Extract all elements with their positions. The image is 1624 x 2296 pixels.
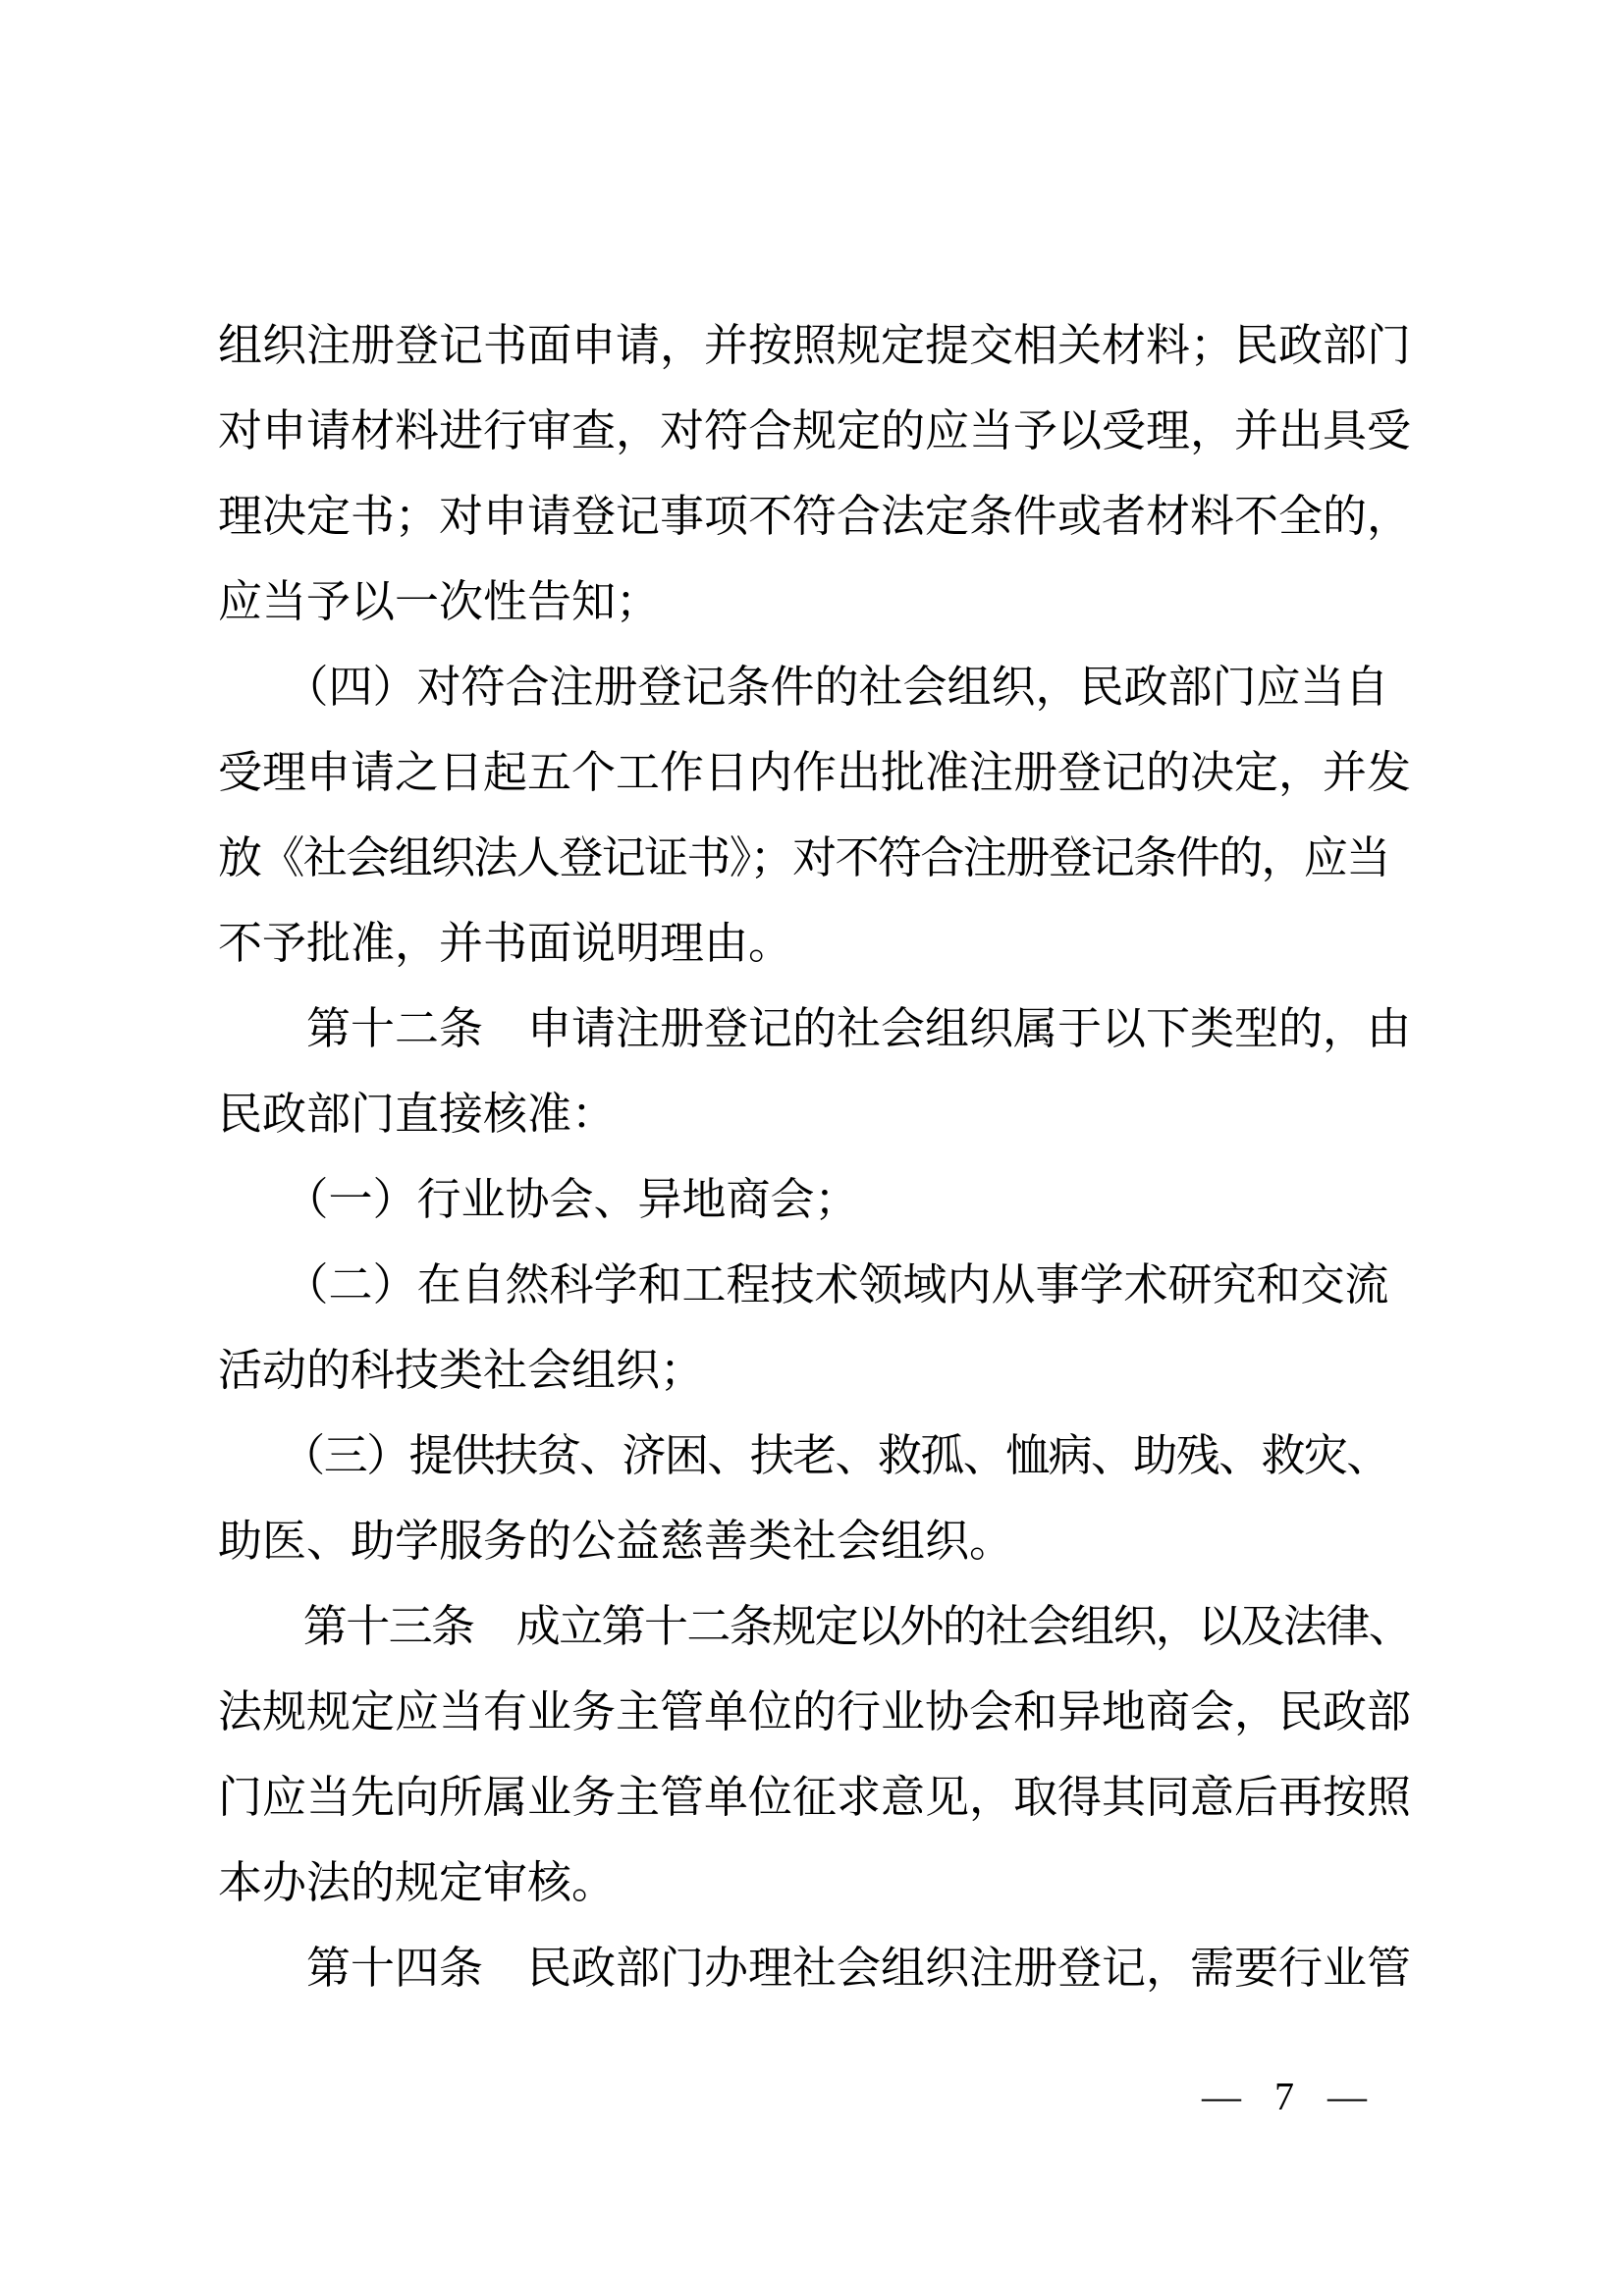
page-number: — 7 — [1202,2073,1379,2120]
text-line: 理决定书；对申请登记事项不符合法定条件或者材料不全的， [218,474,1475,560]
text-line: 助医、助学服务的公益慈善类社会组织。 [218,1499,1475,1584]
text-line: 本办法的规定审核。 [218,1841,1475,1926]
document-page: 组织注册登记书面申请，并按照规定提交相关材料；民政部门 对申请材料进行审查，对符… [0,0,1624,2296]
item-3-start-line: （三）提供扶贫、济困、扶老、救孤、恤病、助残、救灾、 [218,1414,1475,1499]
text-line: 门应当先向所属业务主管单位征求意见，取得其同意后再按照 [218,1755,1475,1841]
clause-4-start-line: （四）对符合注册登记条件的社会组织，民政部门应当自 [218,645,1475,730]
text-line: 民政部门直接核准： [218,1072,1475,1157]
article-12-start-line: 第十二条 申请注册登记的社会组织属于以下类型的，由 [218,987,1475,1072]
text-line: 不予批准，并书面说明理由。 [218,901,1475,987]
text-line: 活动的科技类社会组织； [218,1328,1475,1414]
item-1-line: （一）行业协会、异地商会； [218,1157,1475,1243]
text-line: 法规规定应当有业务主管单位的行业协会和异地商会，民政部 [218,1670,1475,1755]
document-body: 组织注册登记书面申请，并按照规定提交相关材料；民政部门 对申请材料进行审查，对符… [218,303,1475,2011]
item-2-start-line: （二）在自然科学和工程技术领域内从事学术研究和交流 [218,1243,1475,1328]
article-14-start-line: 第十四条 民政部门办理社会组织注册登记，需要行业管 [218,1926,1475,2011]
text-line: 组织注册登记书面申请，并按照规定提交相关材料；民政部门 [218,303,1475,389]
text-line: 放《社会组织法人登记证书》；对不符合注册登记条件的，应当 [218,816,1475,901]
article-13-start-line: 第十三条 成立第十二条规定以外的社会组织，以及法律、 [218,1584,1475,1670]
text-line: 应当予以一次性告知； [218,560,1475,645]
text-line: 受理申请之日起五个工作日内作出批准注册登记的决定，并发 [218,730,1475,816]
text-line: 对申请材料进行审查，对符合规定的应当予以受理，并出具受 [218,389,1475,474]
